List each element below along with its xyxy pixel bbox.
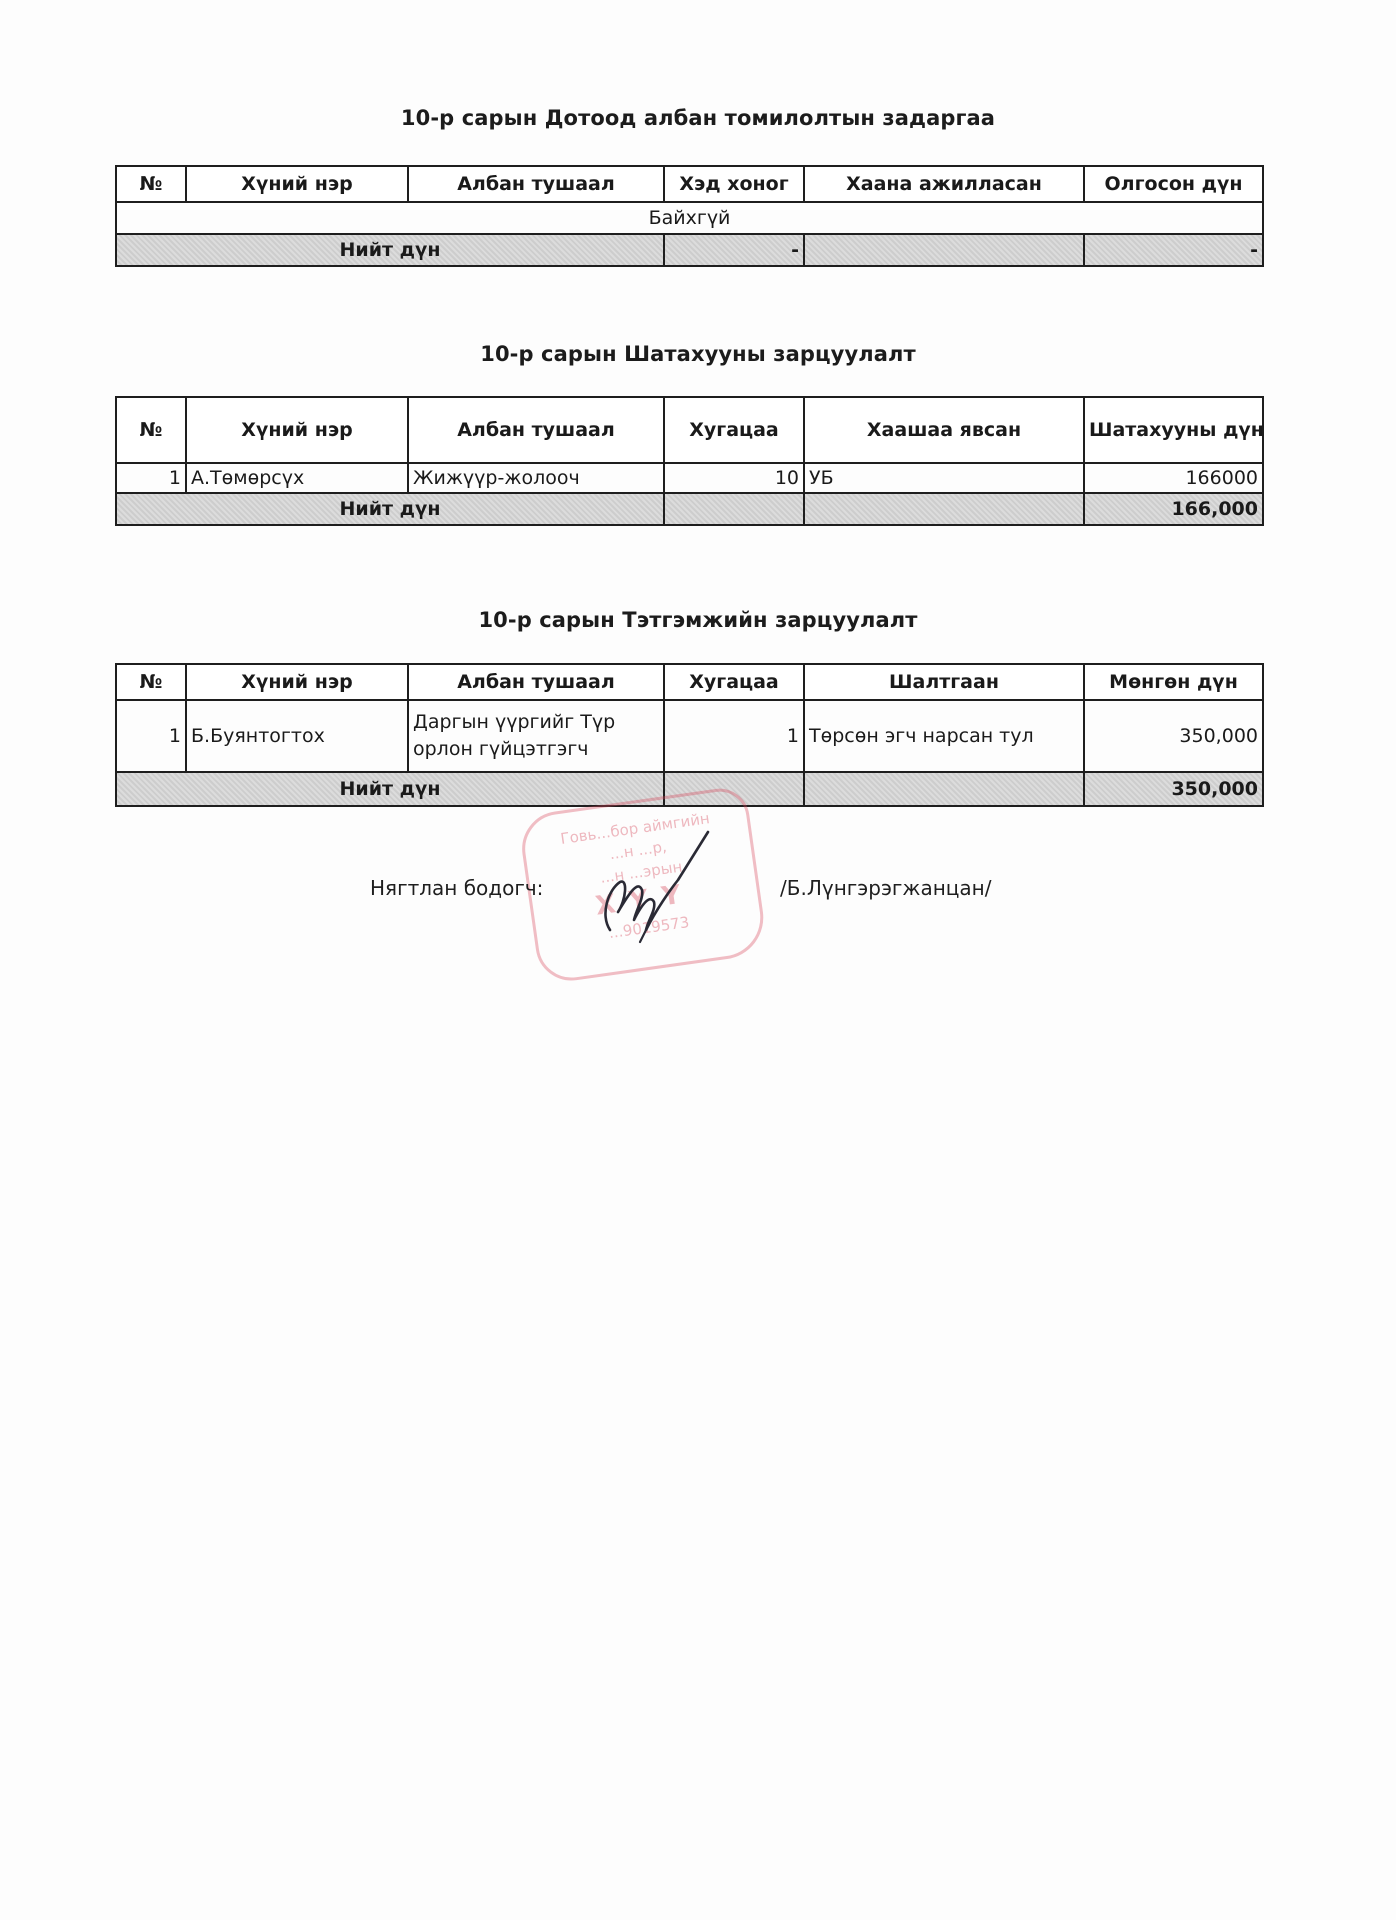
total-row: Нийт дүн - - bbox=[116, 234, 1263, 266]
column-header-money-amount: Мөнгөн дүн bbox=[1084, 664, 1263, 700]
column-header-no: № bbox=[116, 397, 186, 463]
accountant-name: /Б.Лүнгэрэгжанцан/ bbox=[780, 876, 991, 900]
column-header-days: Хэд хоног bbox=[664, 166, 804, 202]
cell-no: 1 bbox=[116, 700, 186, 772]
column-header-reason: Шалтгаан bbox=[804, 664, 1084, 700]
total-destination bbox=[804, 493, 1084, 525]
table-header-row: № Хүний нэр Албан тушаал Хэд хоног Хаана… bbox=[116, 166, 1263, 202]
empty-row: Байхгүй bbox=[116, 202, 1263, 234]
table-row: 1 Б.Буянтогтох Даргын үүргийг Түр орлон … bbox=[116, 700, 1263, 772]
column-header-fuel-amount: Шатахууны дүн bbox=[1084, 397, 1263, 463]
cell-name: А.Төмөрсүх bbox=[186, 463, 408, 493]
table-row: 1 А.Төмөрсүх Жижүүр-жолооч 10 УБ 166000 bbox=[116, 463, 1263, 493]
handwritten-signature-icon bbox=[590, 820, 720, 950]
cell-reason: Төрсөн эгч нарсан тул bbox=[804, 700, 1084, 772]
cell-duration: 1 bbox=[664, 700, 804, 772]
column-header-position: Албан тушаал bbox=[408, 664, 664, 700]
column-header-position: Албан тушаал bbox=[408, 166, 664, 202]
total-amount: - bbox=[1084, 234, 1263, 266]
column-header-position: Албан тушаал bbox=[408, 397, 664, 463]
accountant-role-label: Нягтлан бодогч: bbox=[370, 876, 543, 900]
document-page: 10-р сарын Дотоод албан томилолтын задар… bbox=[0, 0, 1396, 1920]
total-label: Нийт дүн bbox=[116, 234, 664, 266]
cell-position: Даргын үүргийг Түр орлон гүйцэтгэгч bbox=[408, 700, 664, 772]
column-header-no: № bbox=[116, 166, 186, 202]
cell-destination: УБ bbox=[804, 463, 1084, 493]
section-title-fuel: 10-р сарын Шатахууны зарцуулалт bbox=[0, 342, 1396, 366]
total-label: Нийт дүн bbox=[116, 493, 664, 525]
column-header-no: № bbox=[116, 664, 186, 700]
total-row: Нийт дүн 166,000 bbox=[116, 493, 1263, 525]
column-header-where-worked: Хаана ажилласан bbox=[804, 166, 1084, 202]
total-amount: 350,000 bbox=[1084, 772, 1263, 806]
total-duration bbox=[664, 493, 804, 525]
cell-name: Б.Буянтогтох bbox=[186, 700, 408, 772]
cell-amount: 350,000 bbox=[1084, 700, 1263, 772]
total-label: Нийт дүн bbox=[116, 772, 664, 806]
fuel-expense-table: № Хүний нэр Албан тушаал Хугацаа Хаашаа … bbox=[115, 396, 1264, 526]
column-header-name: Хүний нэр bbox=[186, 166, 408, 202]
column-header-duration: Хугацаа bbox=[664, 397, 804, 463]
column-header-duration: Хугацаа bbox=[664, 664, 804, 700]
section-title-allowance: 10-р сарын Тэтгэмжийн зарцуулалт bbox=[0, 608, 1396, 632]
cell-position: Жижүүр-жолооч bbox=[408, 463, 664, 493]
column-header-name: Хүний нэр bbox=[186, 664, 408, 700]
business-trip-table: № Хүний нэр Албан тушаал Хэд хоног Хаана… bbox=[115, 165, 1264, 267]
cell-duration: 10 bbox=[664, 463, 804, 493]
empty-message: Байхгүй bbox=[116, 202, 1263, 234]
total-reason bbox=[804, 772, 1084, 806]
total-where bbox=[804, 234, 1084, 266]
column-header-destination: Хаашаа явсан bbox=[804, 397, 1084, 463]
section-title-business-trip: 10-р сарын Дотоод албан томилолтын задар… bbox=[0, 106, 1396, 130]
table-header-row: № Хүний нэр Албан тушаал Хугацаа Хаашаа … bbox=[116, 397, 1263, 463]
allowance-expense-table: № Хүний нэр Албан тушаал Хугацаа Шалтгаа… bbox=[115, 663, 1264, 807]
table-header-row: № Хүний нэр Албан тушаал Хугацаа Шалтгаа… bbox=[116, 664, 1263, 700]
column-header-amount-paid: Олгосон дүн bbox=[1084, 166, 1263, 202]
total-days: - bbox=[664, 234, 804, 266]
cell-no: 1 bbox=[116, 463, 186, 493]
total-amount: 166,000 bbox=[1084, 493, 1263, 525]
cell-amount: 166000 bbox=[1084, 463, 1263, 493]
column-header-name: Хүний нэр bbox=[186, 397, 408, 463]
